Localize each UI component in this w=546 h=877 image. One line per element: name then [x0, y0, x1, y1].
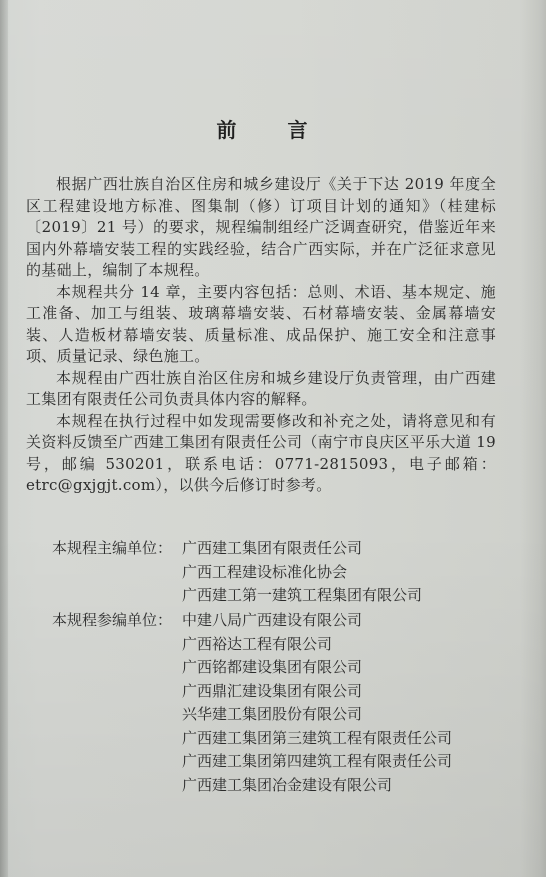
unit-name: 广西工程建设标准化协会	[182, 561, 422, 585]
participating-label: 本规程参编单位：	[52, 609, 182, 797]
unit-name: 广西裕达工程有限公司	[182, 633, 452, 657]
paragraph-feedback: 本规程在执行过程中如发现需要修改和补充之处，请将意见和有关资料反馈至广西建工集团…	[26, 411, 496, 497]
unit-name: 广西建工集团第四建筑工程有限责任公司	[182, 750, 452, 774]
chief-editor-units: 本规程主编单位： 广西建工集团有限责任公司 广西工程建设标准化协会 广西建工第一…	[52, 537, 512, 608]
unit-name: 广西建工集团冶金建设有限公司	[182, 774, 452, 798]
paragraph-management: 本规程由广西壮族自治区住房和城乡建设厅负责管理，由广西建工集团有限责任公司负责具…	[26, 368, 496, 411]
page-title: 前 言	[0, 114, 546, 143]
unit-name: 广西铭都建设集团有限公司	[182, 656, 452, 680]
unit-name: 广西建工集团第三建筑工程有限责任公司	[182, 727, 452, 751]
unit-name: 广西鼎汇建设集团有限公司	[182, 680, 452, 704]
participating-units: 本规程参编单位： 中建八局广西建设有限公司 广西裕达工程有限公司 广西铭都建设集…	[52, 609, 512, 797]
unit-name: 兴华建工集团股份有限公司	[182, 703, 452, 727]
unit-name: 中建八局广西建设有限公司	[182, 609, 452, 633]
paragraph-background: 根据广西壮族自治区住房和城乡建设厅《关于下达 2019 年度全区工程建设地方标准…	[26, 174, 496, 282]
unit-name: 广西建工集团有限责任公司	[182, 537, 422, 561]
unit-name: 广西建工第一建筑工程集团有限公司	[182, 584, 422, 608]
paragraph-contents: 本规程共分 14 章，主要内容包括：总则、术语、基本规定、施工准备、加工与组装、…	[26, 282, 496, 368]
chief-editor-label: 本规程主编单位：	[52, 537, 182, 608]
preface-body: 根据广西壮族自治区住房和城乡建设厅《关于下达 2019 年度全区工程建设地方标准…	[26, 174, 496, 497]
